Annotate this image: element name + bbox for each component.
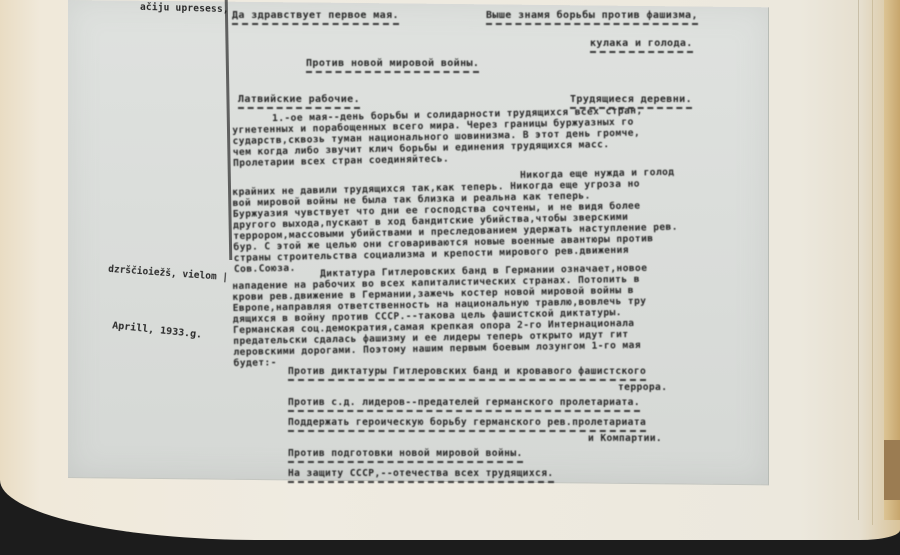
closing-slogan: Поддержать героическую борьбу германског… — [288, 417, 646, 432]
address-workers: Латвийские рабочие. — [238, 94, 360, 109]
page-edge — [858, 0, 859, 520]
book-page: ačiju upresess, smprastaru idemonstracij… — [0, 0, 900, 540]
paragraph-3: Диктатура Гитлеровских банд в Германии о… — [232, 263, 649, 369]
closing-slogan-continuation: террора. — [288, 382, 667, 393]
closing-slogan: Против с.д. лидеров--предателей германск… — [288, 397, 640, 412]
heading-against-war: Против новой мировой войны. — [306, 58, 479, 73]
slogan-may-day: Да здравствует первое мая. — [232, 10, 399, 25]
closing-slogan: Против диктатуры Гитлеровских банд и кро… — [288, 366, 646, 381]
closing-slogans: Против диктатуры Гитлеровских банд и кро… — [288, 366, 667, 488]
closing-slogan: Против подготовки новой мировой войны. — [288, 448, 523, 463]
left-page-line: presess, sm — [181, 3, 230, 16]
left-page-line: lom | Prol ra'i — [199, 270, 228, 284]
paragraph-1: 1.-ое мая--день борьбы и солидарности тр… — [232, 105, 644, 169]
closing-slogan-continuation: и Компартии. — [288, 433, 667, 444]
closing-slogan: На защиту СССР,--отечества всех трудящих… — [288, 468, 554, 483]
page-edge — [872, 0, 873, 525]
book-block-shadow — [884, 440, 900, 500]
left-page-line: ačiju u — [140, 2, 181, 14]
paragraph-2: Никогда еще нужда и голодкрайних не дави… — [232, 167, 679, 275]
slogan-against-hunger: кулака и голода. — [590, 38, 693, 53]
slogan-against-fascism: Выше знамя борьбы против фашизма, — [486, 10, 698, 25]
left-page-column: ačiju upresess, smprastaru idemonstracij… — [140, 1, 230, 16]
